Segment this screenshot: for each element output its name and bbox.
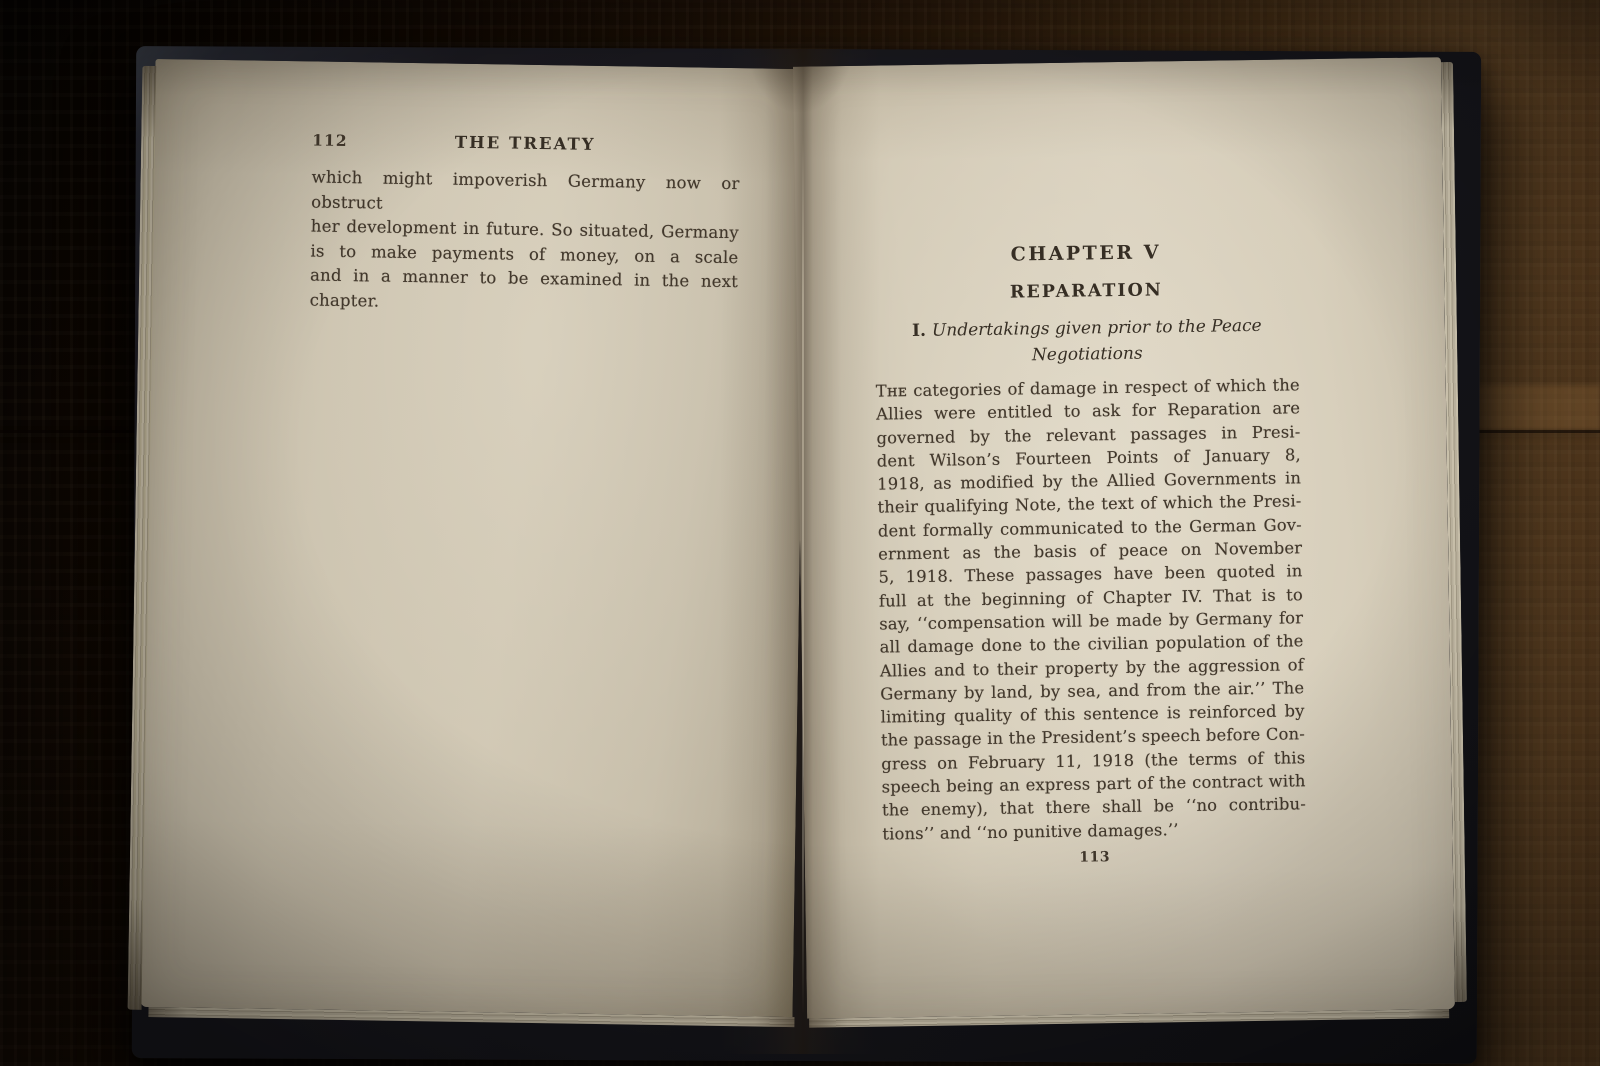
left-page: 112 THE TREATY which might impoverish Ge… bbox=[141, 59, 808, 1017]
right-page-column: CHAPTER V REPARATION I.Undertakings give… bbox=[871, 59, 1307, 868]
left-page-header: 112 THE TREATY bbox=[312, 130, 738, 161]
chapter-heading: CHAPTER V bbox=[874, 239, 1298, 267]
section-number: I. bbox=[912, 321, 926, 341]
right-page-body: Tʜᴇ categories of damage in respect of w… bbox=[876, 373, 1307, 845]
photo-scene: 112 THE TREATY which might impoverish Ge… bbox=[0, 0, 1600, 1066]
right-page-number: 113 bbox=[883, 846, 1307, 868]
section-heading: I.Undertakings given prior to the Peace … bbox=[875, 313, 1300, 370]
text-line: which might impoverish Germany now or ob… bbox=[311, 165, 740, 221]
right-page: CHAPTER V REPARATION I.Undertakings give… bbox=[793, 57, 1455, 1019]
open-book: 112 THE TREATY which might impoverish Ge… bbox=[140, 52, 1462, 1042]
left-page-number: 112 bbox=[312, 130, 348, 150]
section-title-text: Undertakings given prior to the Peace bbox=[932, 316, 1262, 341]
left-page-body: which might impoverish Germany now or ob… bbox=[309, 165, 739, 319]
running-header: THE TREATY bbox=[312, 130, 738, 156]
chapter-title: REPARATION bbox=[874, 278, 1298, 305]
